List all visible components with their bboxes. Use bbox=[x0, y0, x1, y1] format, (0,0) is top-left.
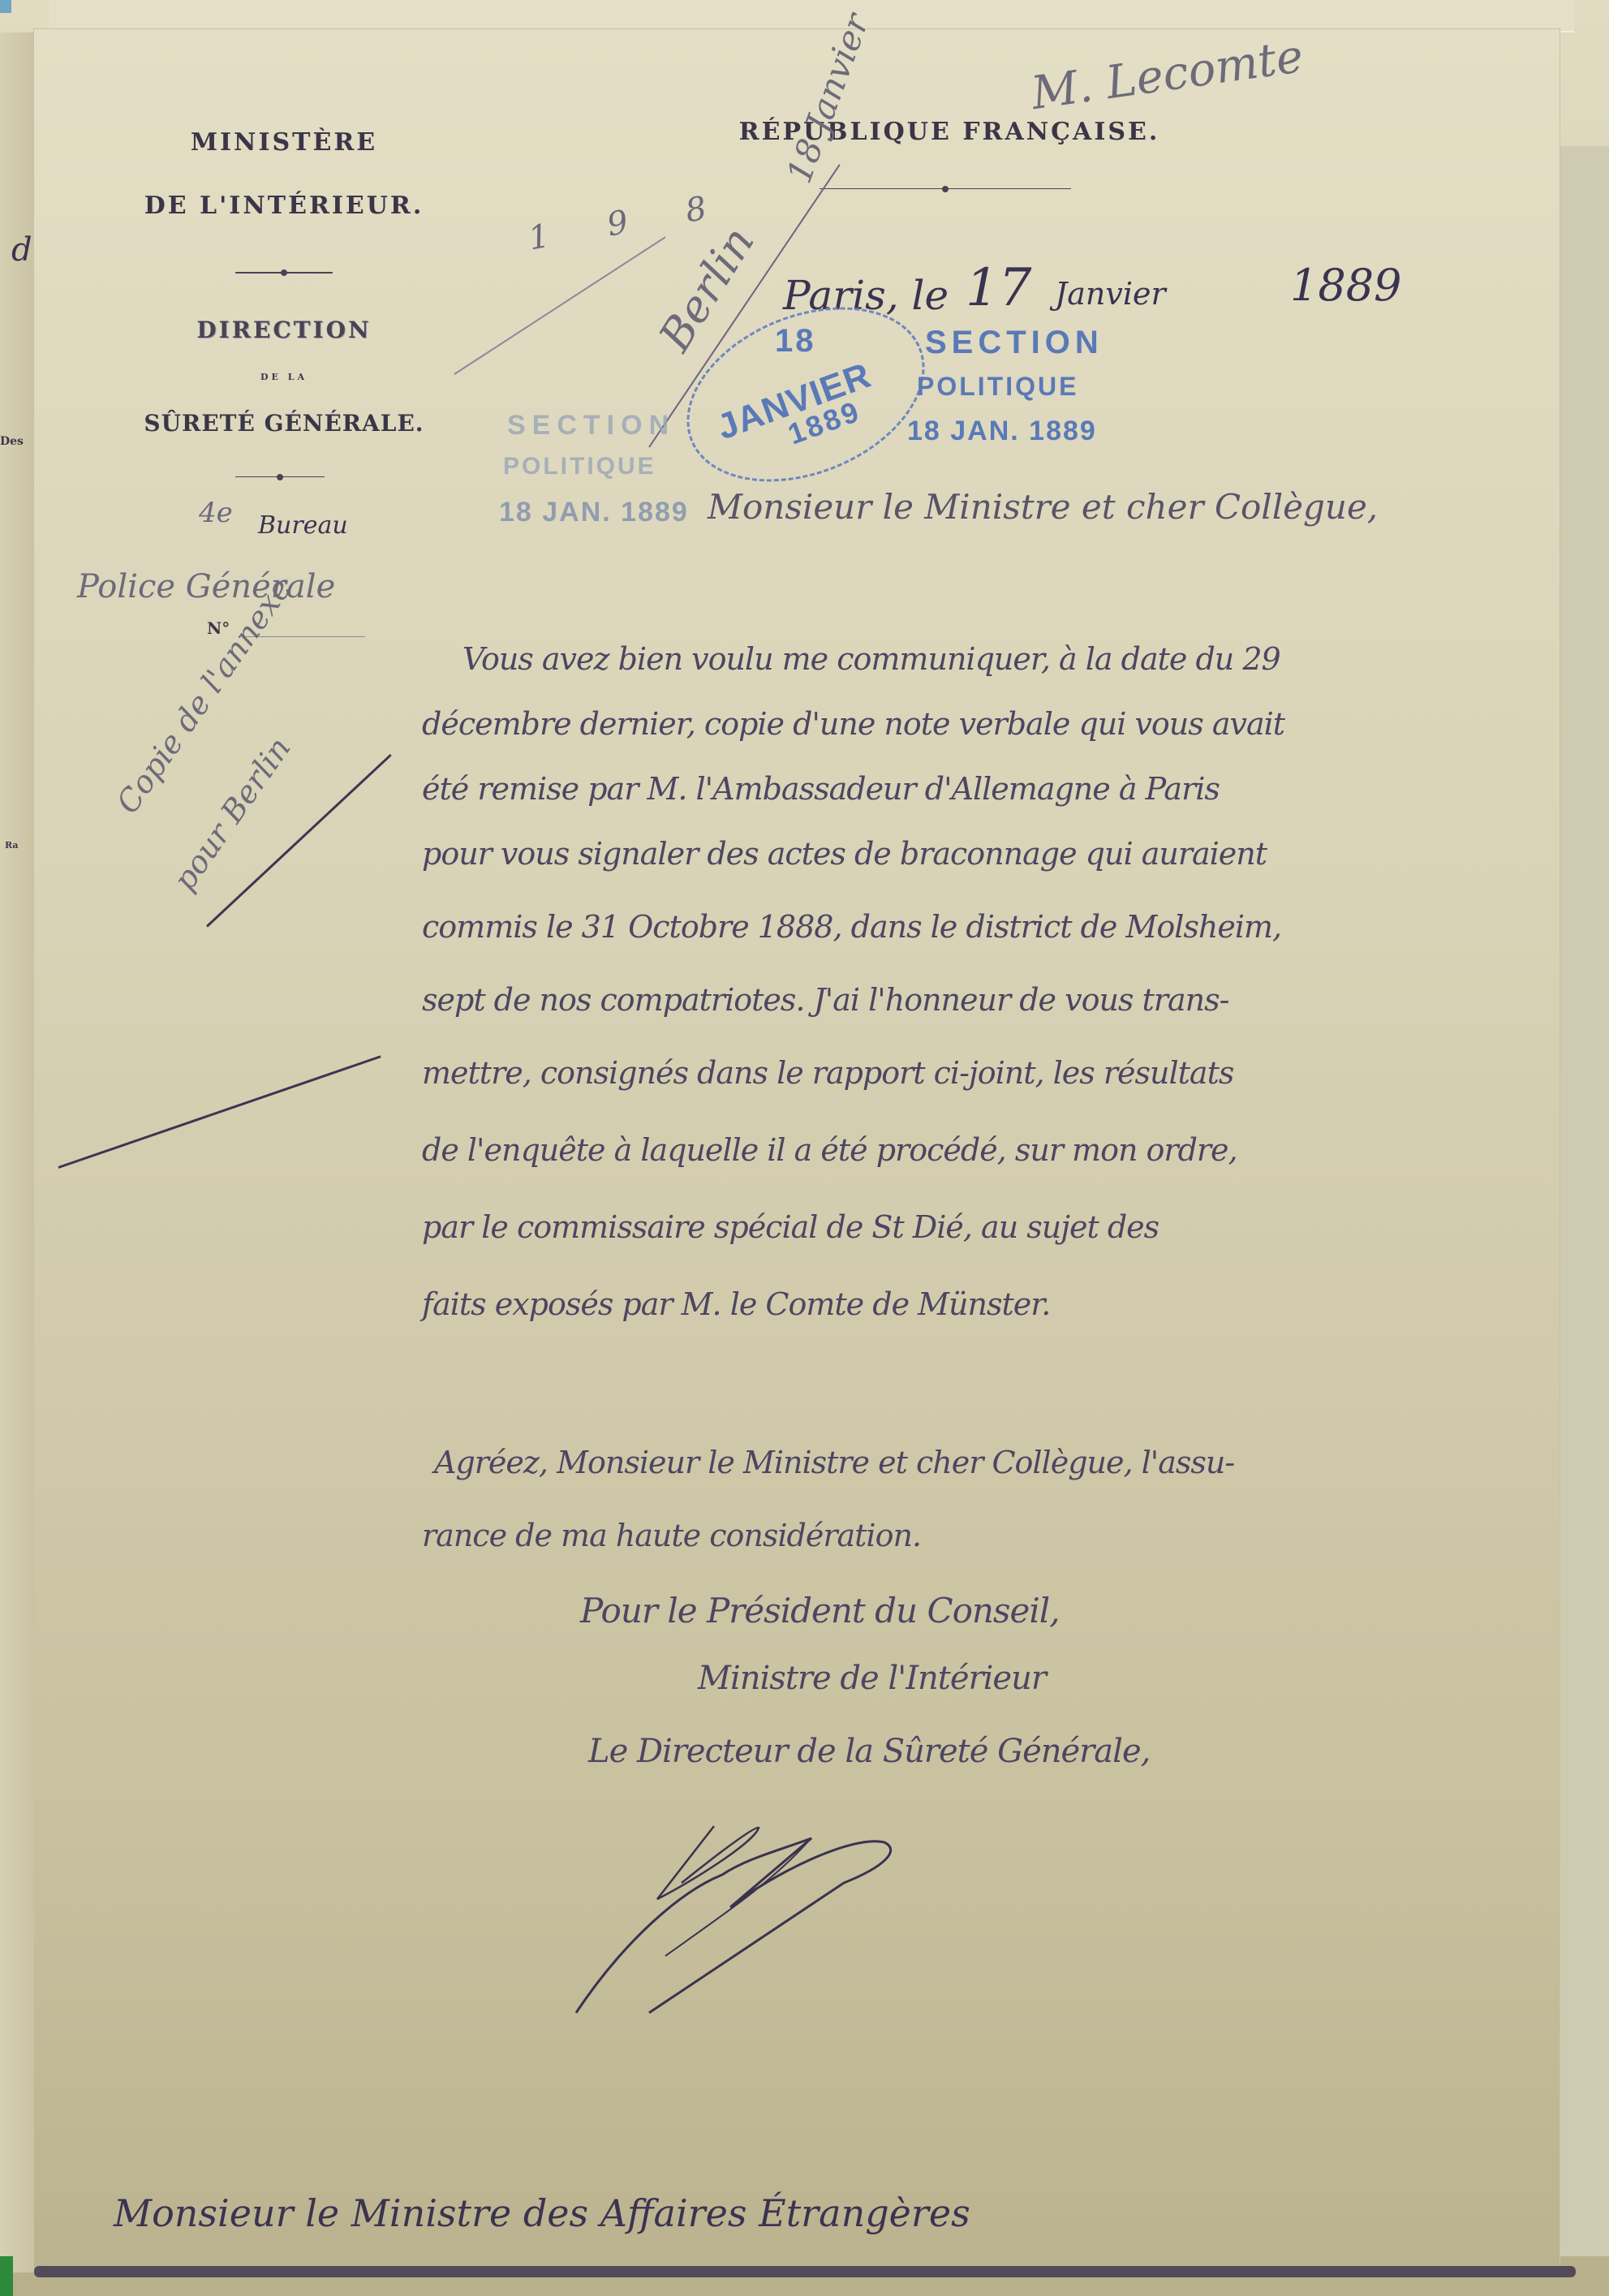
blue-corner-object bbox=[0, 0, 11, 13]
salutation: Monsieur le Ministre et cher Collègue, bbox=[708, 487, 1378, 527]
surete-generale-label: SÛRETÉ GÉNÉRALE. bbox=[130, 410, 438, 437]
body-line: faits exposés par M. le Comte de Münster… bbox=[422, 1286, 1050, 1322]
stamp-faded-date: 18 JAN. 1889 bbox=[499, 497, 689, 528]
edge-fragment: d bbox=[11, 231, 32, 269]
dateline-month: Janvier bbox=[1055, 276, 1166, 312]
top-folded-sheet bbox=[49, 0, 1574, 32]
body-line: pour vous signaler des actes de braconna… bbox=[422, 836, 1267, 872]
dateline-day: 17 bbox=[966, 258, 1031, 318]
edge-fragment: Ra bbox=[5, 840, 19, 851]
signature-title: Ministre de l'Intérieur bbox=[698, 1660, 1046, 1697]
body-line: par le commissaire spécial de St Dié, au… bbox=[422, 1209, 1159, 1245]
bureau-number: 4e bbox=[199, 497, 233, 529]
stamp-faded-politique: POLITIQUE bbox=[503, 453, 656, 480]
addressee-line: Monsieur le Ministre des Affaires Étrang… bbox=[114, 2191, 970, 2235]
stamp-faded-section: SECTION bbox=[507, 410, 675, 442]
stamp-oval-day: 18 bbox=[775, 323, 816, 360]
bureau-name: Police Générale bbox=[77, 568, 335, 605]
ornament-divider bbox=[820, 188, 1071, 189]
body-line: commis le 31 Octobre 1888, dans le distr… bbox=[422, 909, 1281, 945]
signature-scrawl bbox=[560, 1794, 1014, 2037]
stamp-section: SECTION bbox=[925, 325, 1103, 361]
ministry-line1: MINISTÈRE bbox=[122, 128, 446, 157]
green-corner-object bbox=[0, 2256, 13, 2296]
stamp-section-date: 18 JAN. 1889 bbox=[907, 416, 1097, 447]
direction-label: DIRECTION bbox=[162, 317, 406, 343]
body-line: de l'enquête à laquelle il a été procédé… bbox=[422, 1132, 1237, 1168]
body-line: Vous avez bien voulu me communiquer, à l… bbox=[462, 641, 1280, 677]
republic-heading: RÉPUBLIQUE FRANÇAISE. bbox=[657, 118, 1241, 146]
body-line: décembre dernier, copie d'une note verba… bbox=[422, 706, 1284, 742]
page-bottom-edge bbox=[34, 2266, 1576, 2277]
ministry-line2: DE L'INTÉRIEUR. bbox=[97, 192, 471, 220]
closing-line: rance de ma haute considération. bbox=[422, 1518, 921, 1553]
body-line: mettre, consignés dans le rapport ci-joi… bbox=[422, 1055, 1233, 1091]
body-line: sept de nos compatriotes. J'ai l'honneur… bbox=[422, 982, 1228, 1018]
stamp-politique: POLITIQUE bbox=[917, 372, 1078, 402]
bureau-label: Bureau bbox=[258, 511, 348, 540]
body-line: été remise par M. l'Ambassadeur d'Allema… bbox=[422, 771, 1220, 807]
closing-line: Agréez, Monsieur le Ministre et cher Col… bbox=[434, 1445, 1234, 1480]
signature-title: Le Directeur de la Sûreté Générale, bbox=[588, 1733, 1150, 1770]
de-la-label: DE LA bbox=[243, 372, 325, 382]
ornament-divider bbox=[235, 476, 325, 477]
signature-title: Pour le Président du Conseil, bbox=[580, 1591, 1060, 1630]
dateline-year: 1889 bbox=[1290, 260, 1401, 311]
underlying-page-right bbox=[1560, 146, 1609, 2256]
edge-fragment: Des bbox=[0, 435, 24, 448]
ornament-divider bbox=[235, 272, 333, 274]
